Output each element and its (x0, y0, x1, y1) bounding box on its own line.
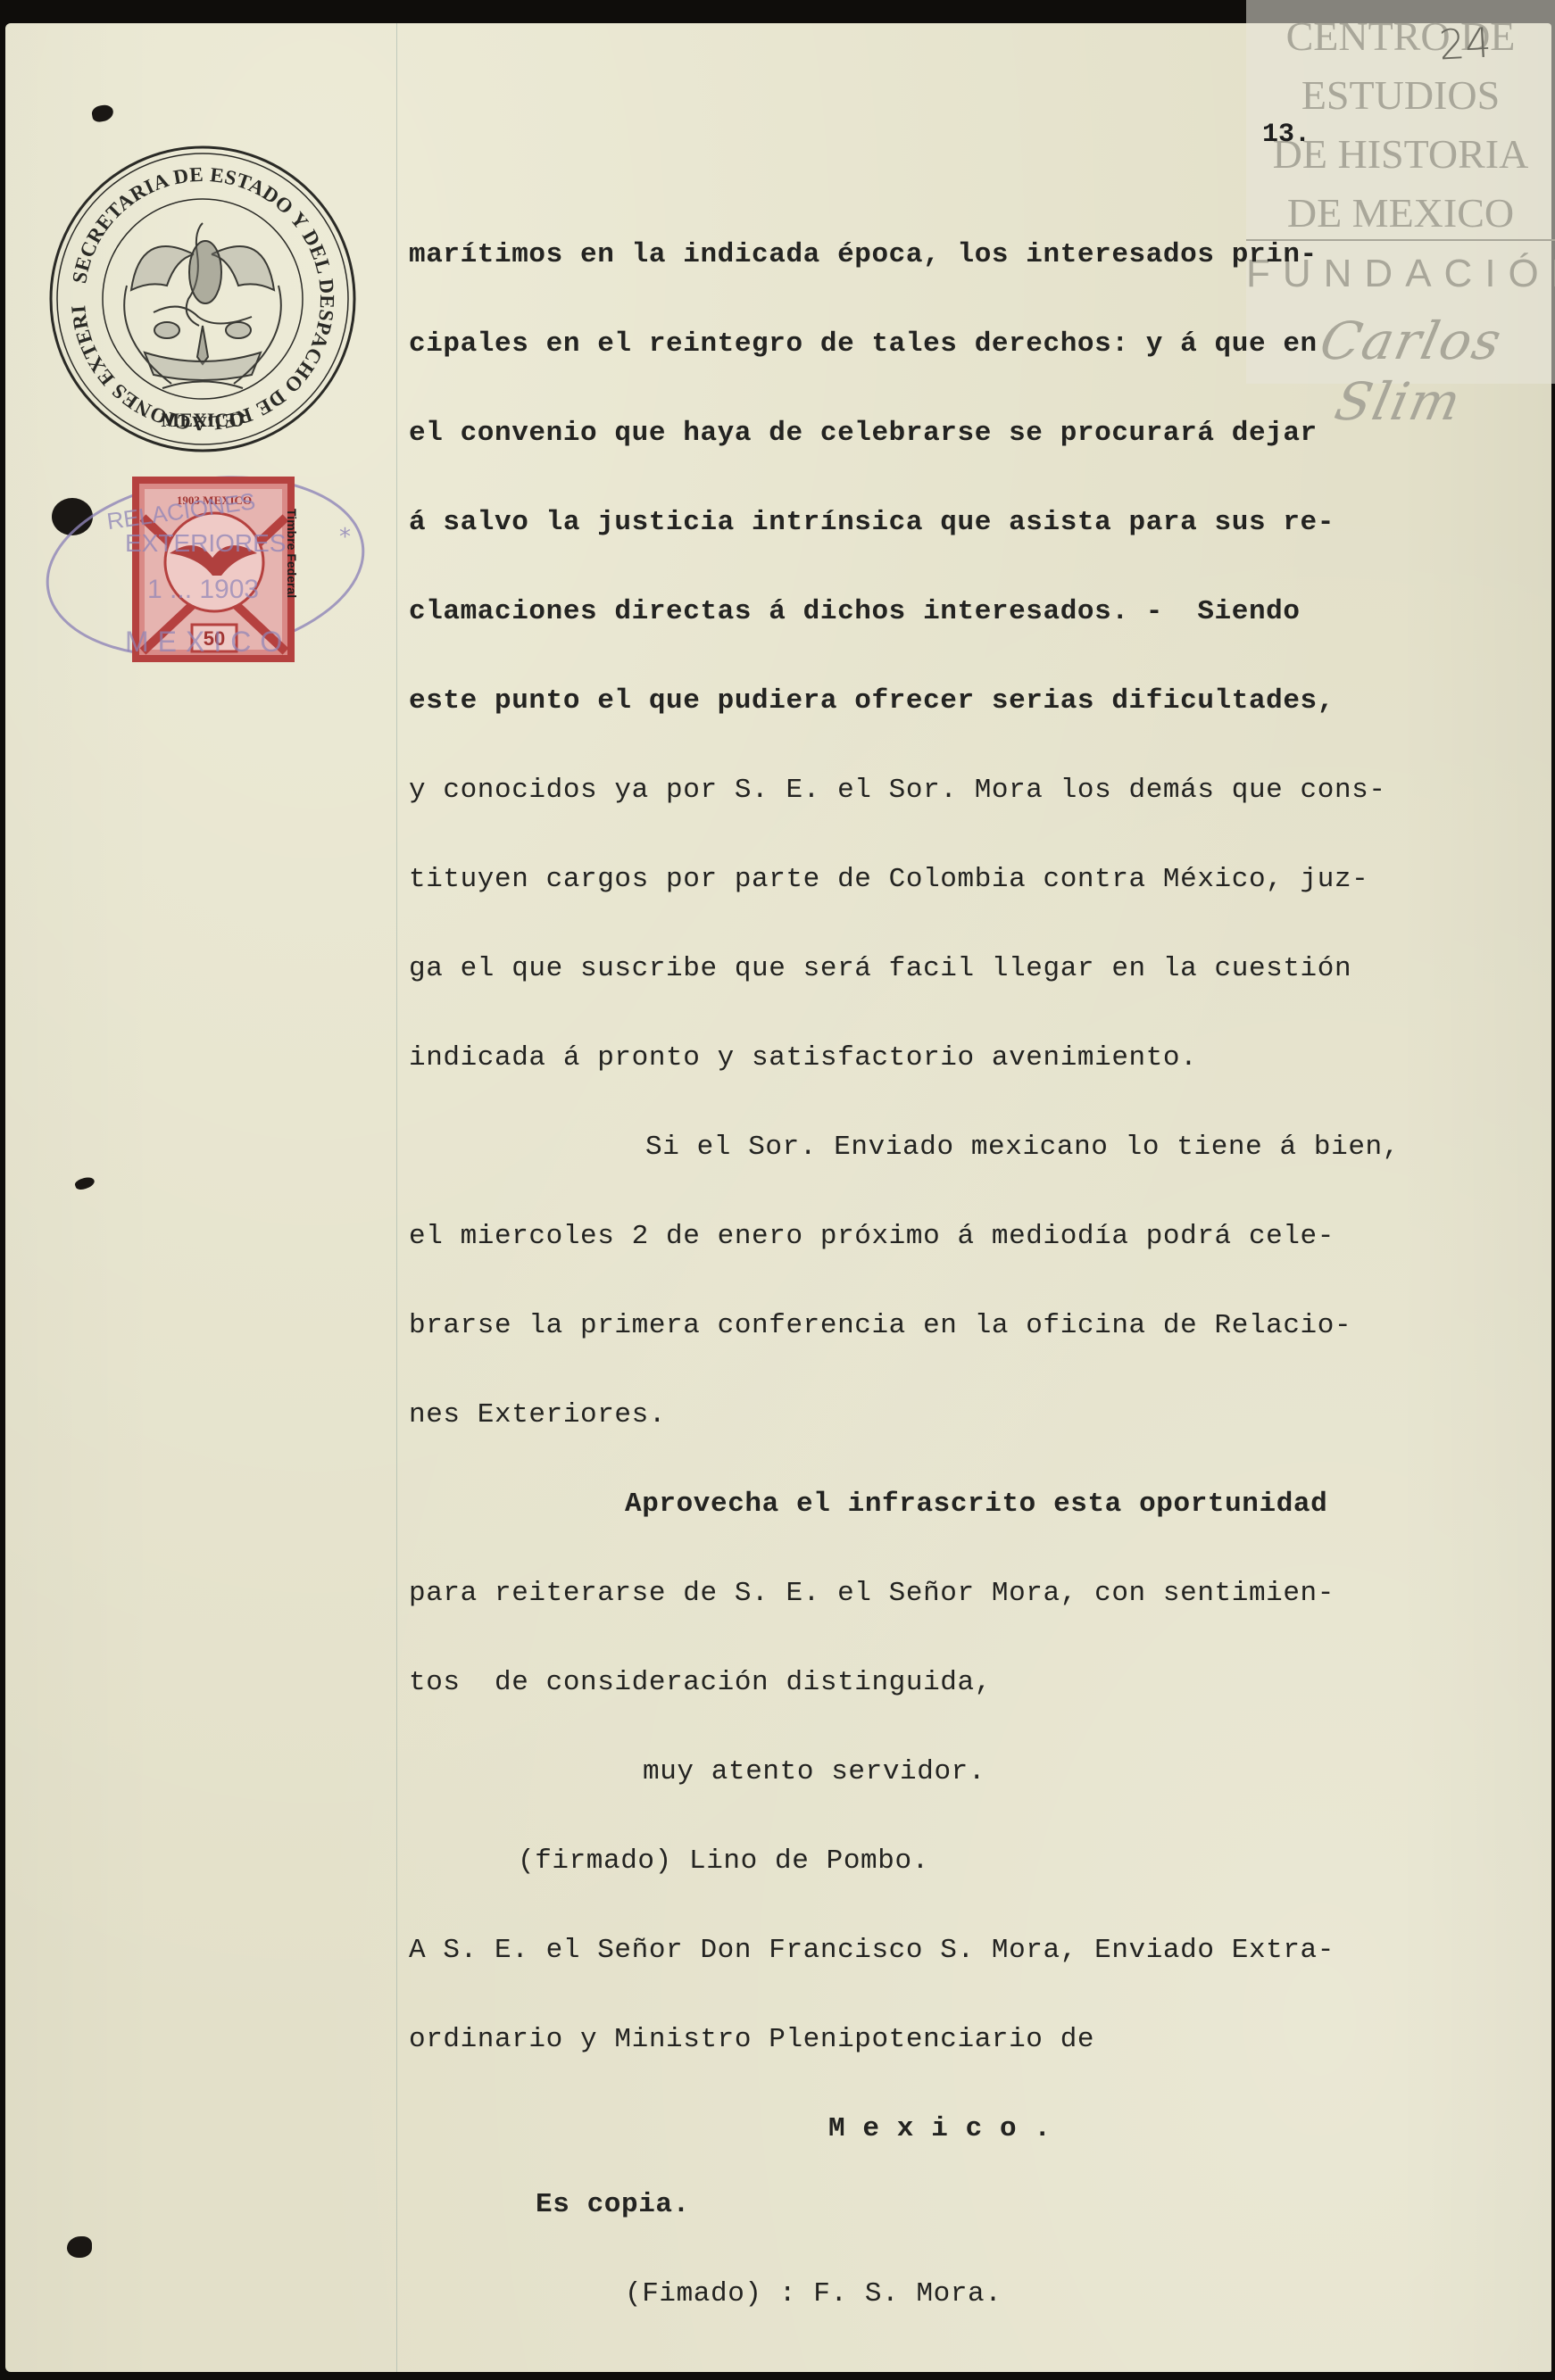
page-number: 13. (1262, 120, 1310, 150)
body-line: á salvo la justicia intrínsica que asist… (409, 507, 1335, 539)
svg-text:MEXICO: MEXICO (125, 626, 291, 658)
body-line: este punto el que pudiera ofrecer serias… (409, 685, 1335, 717)
copy-note: Es copia. (536, 2189, 690, 2221)
body-line: indicada á pronto y satisfactorio avenim… (409, 1042, 1197, 1074)
eagle-on-cactus-icon (124, 223, 281, 388)
copy-signature: (Fimado) : F. S. Mora. (625, 2278, 1002, 2310)
addressee-line: A S. E. el Señor Don Francisco S. Mora, … (409, 1935, 1335, 1967)
svg-text:1 ... 1903: 1 ... 1903 (147, 575, 259, 604)
body-line: Si el Sor. Enviado mexicano lo tiene á b… (645, 1132, 1400, 1164)
svg-text:MEXICO: MEXICO (162, 409, 245, 431)
archive-watermark: CENTRO DE ESTUDIOS DE HISTORIA DE MEXICO… (1246, 0, 1555, 384)
margin-line (396, 23, 397, 2372)
watermark-line: CENTRO DE (1246, 7, 1555, 66)
body-line: clamaciones directas á dichos interesado… (409, 596, 1301, 628)
body-line: brarse la primera conferencia en la ofic… (409, 1310, 1351, 1342)
svg-text:EXTERIORES: EXTERIORES (125, 529, 286, 557)
watermark-line: DE MEXICO (1246, 184, 1555, 243)
star-icon: * (339, 524, 351, 551)
body-line: el miercoles 2 de enero próximo á mediod… (409, 1221, 1335, 1253)
body-line: tos de consideración distinguida, (409, 1667, 992, 1699)
body-line: nes Exteriores. (409, 1399, 666, 1431)
ministry-seal: SECRETARIA DE ESTADO Y DEL DESPACHO DE R… (46, 143, 359, 455)
body-line: tituyen cargos por parte de Colombia con… (409, 864, 1368, 896)
body-line: Aprovecha el infrascrito esta oportunida… (625, 1489, 1327, 1521)
body-line: cipales en el reintegro de tales derecho… (409, 328, 1318, 361)
body-line: y conocidos ya por S. E. el Sor. Mora lo… (409, 775, 1386, 807)
body-line: el convenio que haya de celebrarse se pr… (409, 418, 1318, 450)
body-line: ga el que suscribe que será facil llegar… (409, 953, 1351, 985)
closing-line: muy atento servidor. (643, 1756, 985, 1788)
punch-hole (67, 2236, 92, 2258)
addressee-city: M e x i c o . (828, 2113, 1052, 2145)
body-line: marítimos en la indicada época, los inte… (409, 239, 1318, 271)
addressee-line: ordinario y Ministro Plenipotenciario de (409, 2024, 1094, 2056)
watermark-line: ESTUDIOS (1246, 66, 1555, 125)
revenue-stamp: 50 1903 MEXICO Timbre Federal RELACIONES… (36, 455, 384, 669)
signature-line: (firmado) Lino de Pombo. (518, 1845, 929, 1878)
folio-number: 24 (1438, 19, 1493, 70)
body-line: para reiterarse de S. E. el Señor Mora, … (409, 1578, 1335, 1610)
svg-text:Timbre Federal: Timbre Federal (285, 509, 299, 598)
